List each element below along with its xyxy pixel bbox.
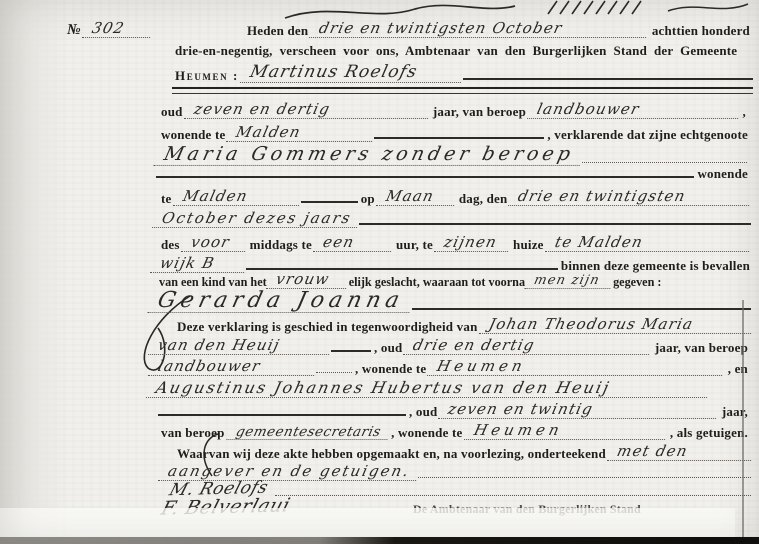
line-child-sex: van een kind van het vrouw elijk geslach… [158,269,755,289]
line-witness2-occupation: van beroep gemeentesecretaris , wonende … [158,418,751,440]
handwritten-date: drie en twintigsten October [309,21,650,38]
line-witness-intro: Deze verklaring is geschied in tegenwoor… [174,312,753,334]
printed-heden-den: Heden den [244,24,311,38]
printed-als-getuigen: , als getuigen. [667,426,751,440]
handwritten-witness2-residence: Heumen [464,423,669,440]
printed-middags-te: middags te [247,238,315,252]
printed-wonende-te-3: , wonende te [388,426,465,440]
handwritten-witness1-occupation: landbouwer [148,359,318,376]
printed-en: , en [725,362,751,376]
line-record-number: № 302 Heden den drie en twintigsten Octo… [64,16,753,38]
printed-te: te [158,192,175,206]
printed-gemeente-name: Heumen : [172,69,242,83]
handwritten-voor-na: voor [181,235,249,252]
line-wonende-right: wonende [156,163,751,181]
line-witness2-name: Augustinus Johannes Hubertus van den Heu… [148,375,709,398]
printed-wonende: wonende [694,167,751,181]
printed-achttien-honderd: achttien honderd [649,24,753,38]
printed-oud-3: , oud [406,405,440,419]
rule-fill [158,413,406,416]
scan-bottom-band [0,537,759,544]
heavy-double-rule [172,87,753,94]
handwritten-declarant-name: Martinus Roelofs [240,64,465,83]
scan-white-strip [0,508,735,537]
line-year-officiant: drie-en-negentig, verscheen voor ons, Am… [172,40,753,58]
handwritten-witness2-name: Augustinus Johannes Hubertus van den Heu… [146,380,711,398]
handwritten-declarant-occupation: landbouwer [527,102,741,119]
printed-verklarende: , verklarende dat zijne echtgenoote [544,128,751,142]
line-child-name: Gerarda Joanna [150,287,751,313]
handwritten-weekday: Maan [376,189,458,206]
rule-fill [359,222,751,225]
line-birth-time-house: des voor middags te een uur, te zijnen h… [158,230,751,252]
line-birthdate-continued: October dezes jaars [154,206,751,228]
line-witness2-age: , oud zeven en twintig jaar, [158,397,751,419]
printed-comma: , [740,105,749,119]
line-gemeente-declarant: Heumen : Martinus Roelofs [172,61,753,83]
rule-fill [331,349,371,352]
record-number-label: № [64,22,84,39]
scan-right-edge-line [742,300,744,538]
rule-fill [463,77,753,80]
birth-certificate-scan: № 302 Heden den drie en twintigsten Octo… [0,0,759,544]
rule-fill [301,200,358,203]
handwritten-declarant-residence: Malden [227,125,377,142]
handwritten-birthdate-part1: drie en twintigsten [509,189,753,206]
record-number-value: 302 [82,21,154,38]
rule-fill [374,136,544,139]
handwritten-zijnen: zijnen [434,235,512,252]
handwritten-child-name: Gerarda Joanna [147,289,414,313]
printed-uur-te: uur, te [393,238,436,252]
printed-oud-2: , oud [371,341,405,355]
printed-verklaring: Deze verklaring is geschied in tegenwoor… [174,320,481,334]
printed-huize: huize [510,238,547,252]
handwritten-declarant-age: zeven en dertig [184,102,432,119]
line-closing: Waarvan wij deze akte hebben opgemaakt e… [174,439,753,461]
rule-fill [412,307,751,310]
printed-dag-den: dag, den [456,192,511,206]
handwritten-birthplace: Malden [173,189,303,206]
printed-des: des [158,238,183,252]
handwritten-hour: een [313,235,395,252]
printed-oud: oud [158,105,186,119]
printed-wonende-te-2: , wonende te [352,362,429,376]
printed-officiant-line: drie-en-negentig, verscheen voor ons, Am… [172,44,740,58]
handwritten-witness2-age: zeven en twintig [439,402,721,419]
line-declarant-residence: wonende te Malden , verklarende dat zijn… [158,120,751,142]
printed-van-beroep: van beroep [158,426,228,440]
handwritten-witness1-surname: van den Heuij [148,338,333,355]
printed-op: op [358,192,378,206]
handwritten-house-location: te Malden [545,235,753,252]
rule-fill [316,371,352,373]
handwritten-witness1-firstnames: Johan Theodorus Maria [479,317,755,334]
line-witness1-age: van den Heuij , oud drie en dertig jaar,… [150,333,751,355]
handwritten-witness2-occupation: gemeentesecretaris [226,425,390,440]
printed-wonende-te: wonende te [158,128,228,142]
handwritten-witness1-age: drie en dertig [404,338,654,355]
printed-jaar-van-beroep-2: jaar, van beroep [652,341,751,355]
line-declarant-age-occupation: oud zeven en dertig jaar, van beroep lan… [158,97,749,119]
printed-jaar: jaar, [719,405,751,419]
handwritten-witness1-residence: Heumen [427,359,726,376]
handwritten-birthdate-part2: October dezes jaars [152,211,361,228]
printed-jaar-van-beroep: jaar, van beroep [430,105,529,119]
line-witness1-occupation: landbouwer , wonende te Heumen , en [150,354,751,376]
line-birthplace-day: te Malden op Maan dag, den drie en twint… [158,184,751,206]
rule-fill [156,175,694,178]
